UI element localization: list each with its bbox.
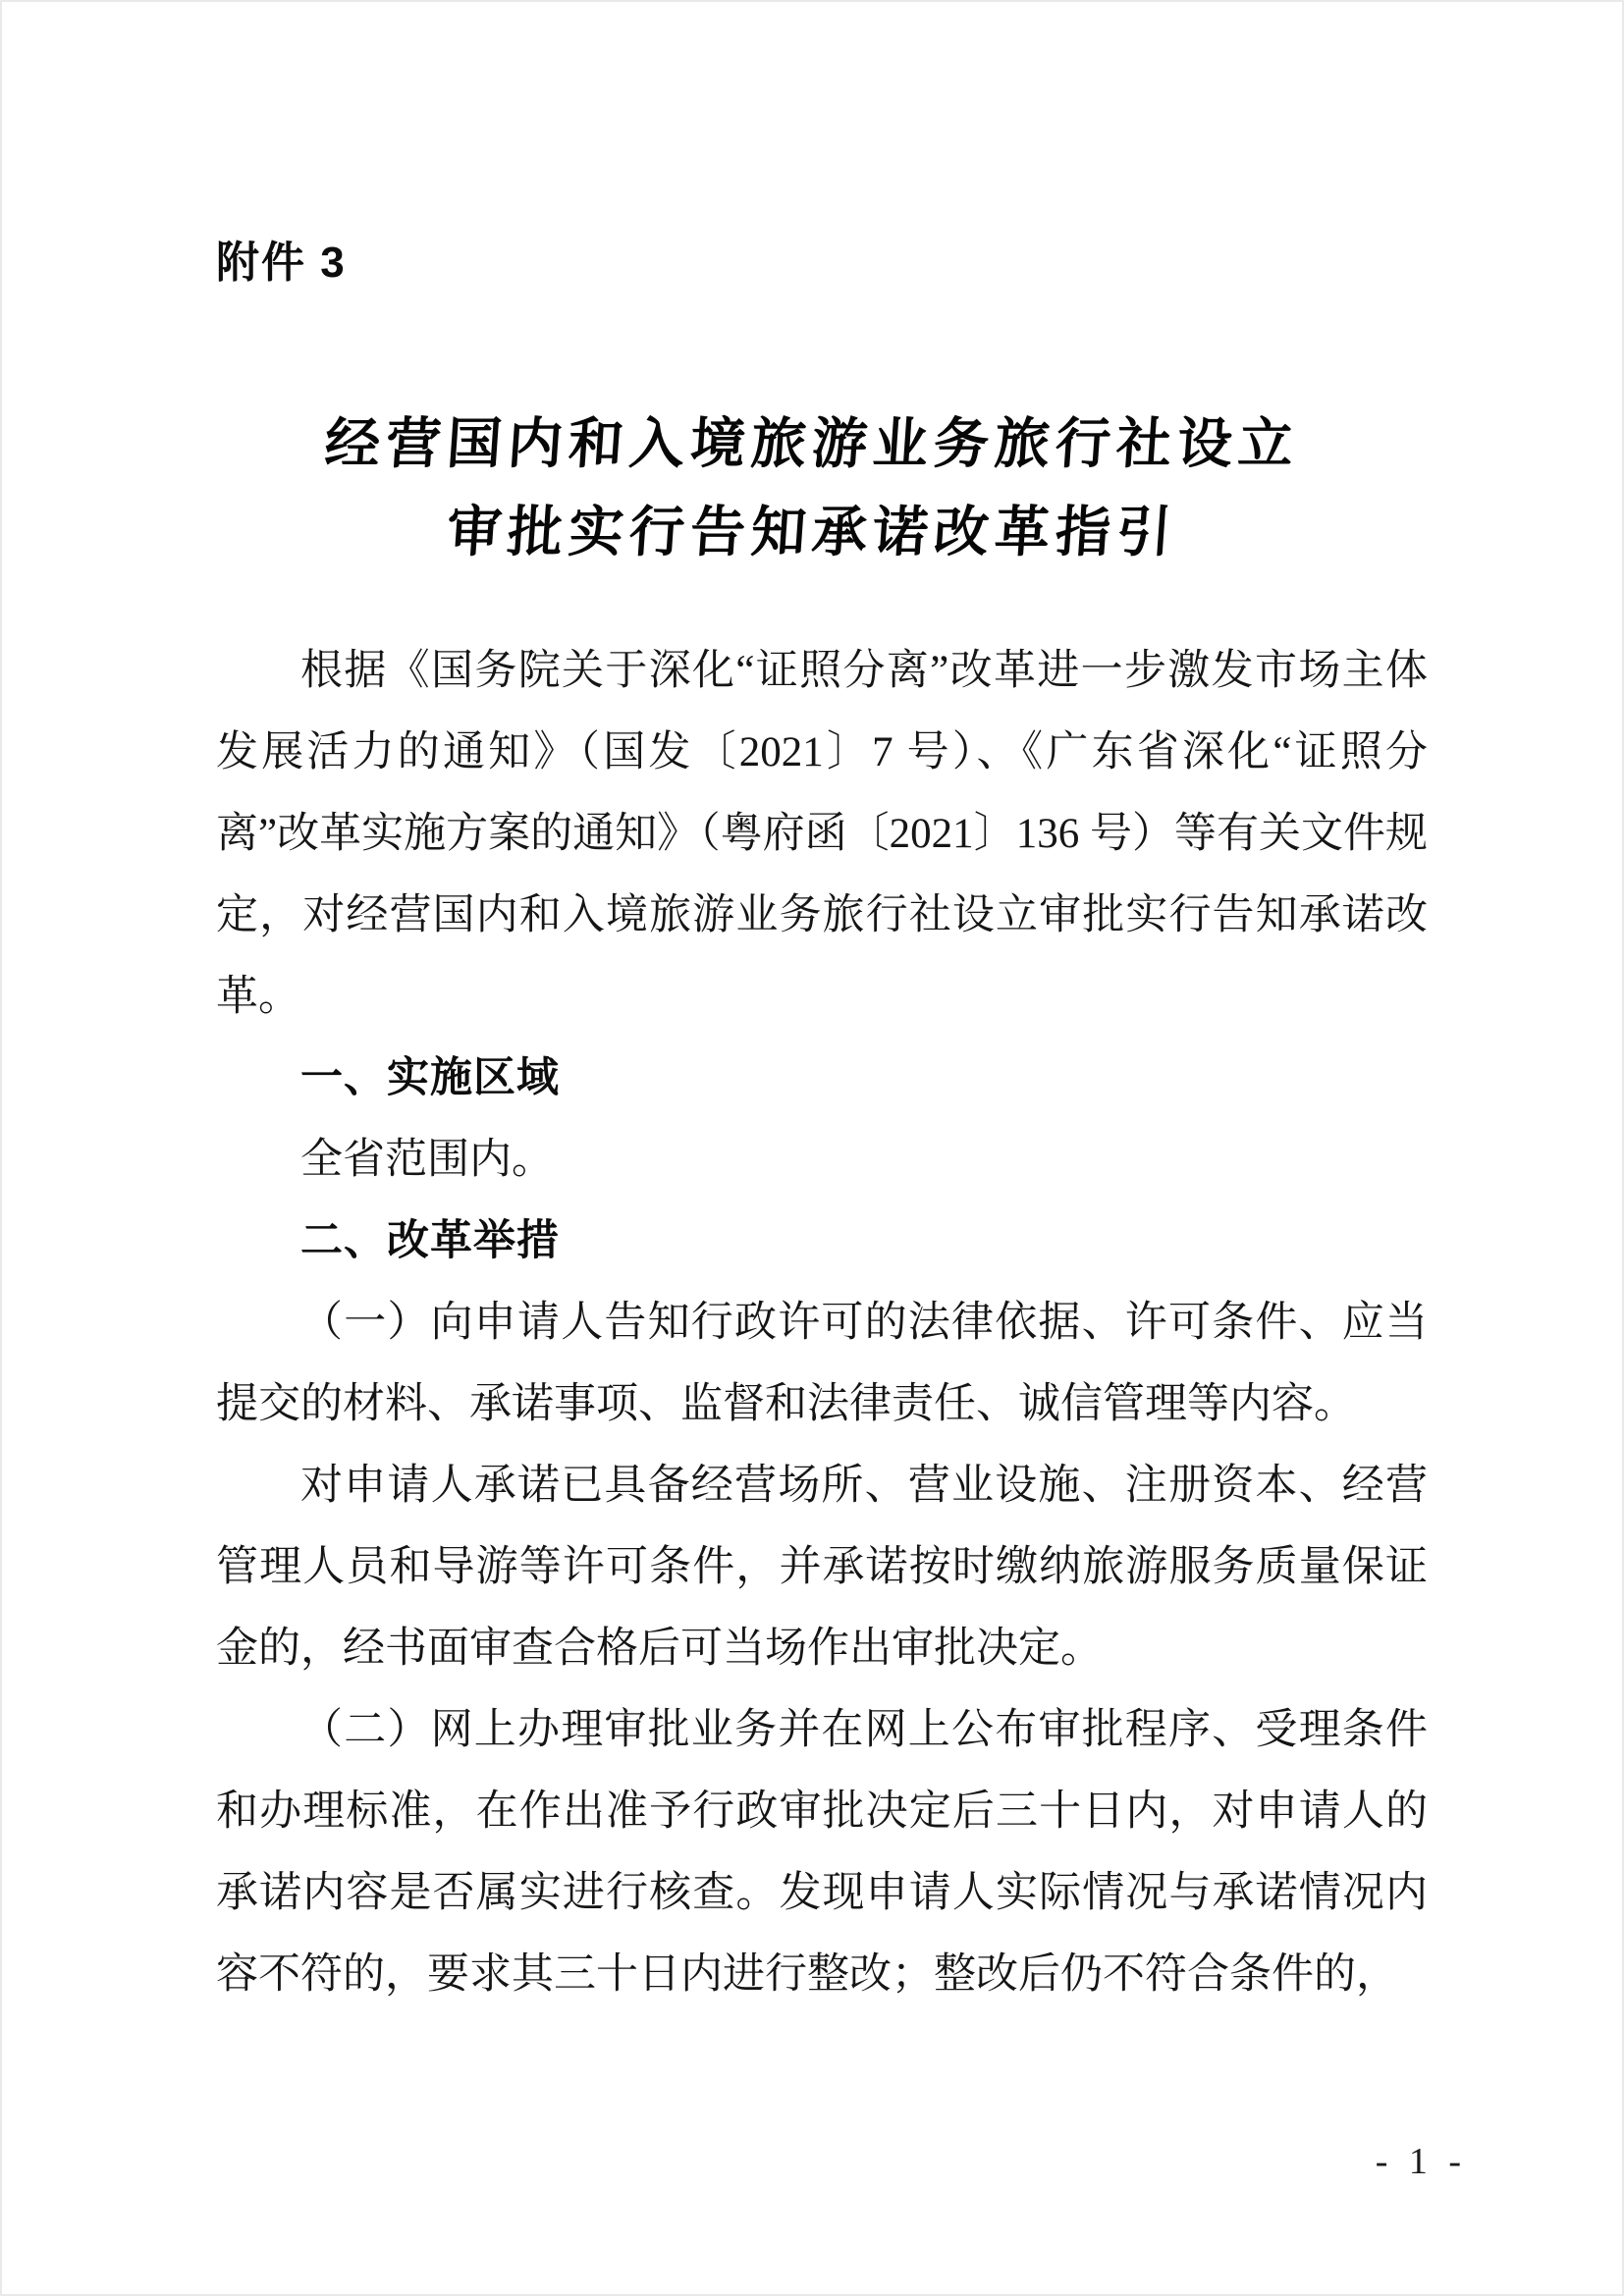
document-title-line2: 审批实行告知承诺改革指引 xyxy=(0,489,1624,577)
paragraph-measure-two: （二）网上办理审批业务并在网上公布审批程序、受理条件和办理标准，在作出准予行政审… xyxy=(216,1689,1428,2015)
attachment-label: 附件 3 xyxy=(216,238,347,289)
document-body: 根据《国务院关于深化“证照分离”改革进一步激发市场主体发展活力的通知》（国发〔2… xyxy=(216,630,1428,2015)
document-title-line1: 经营国内和入境旅游业务旅行社设立 xyxy=(0,400,1624,489)
section-heading-reform-measures: 二、改革举措 xyxy=(216,1201,1428,1282)
document-page: 附件 3 经营国内和入境旅游业务旅行社设立 审批实行告知承诺改革指引 根据《国务… xyxy=(0,0,1624,2296)
paragraph-measure-one: （一）向申请人告知行政许可的法律依据、许可条件、应当提交的材料、承诺事项、监督和… xyxy=(216,1282,1428,1445)
section-heading-implementation-area: 一、实施区域 xyxy=(216,1038,1428,1119)
page-number: - 1 - xyxy=(1376,2138,1467,2185)
paragraph-measure-one-commitments: 对申请人承诺已具备经营场所、营业设施、注册资本、经营管理人员和导游等许可条件，并… xyxy=(216,1445,1428,1689)
paragraph-legal-basis: 根据《国务院关于深化“证照分离”改革进一步激发市场主体发展活力的通知》（国发〔2… xyxy=(216,630,1428,1038)
document-title: 经营国内和入境旅游业务旅行社设立 审批实行告知承诺改革指引 xyxy=(0,400,1624,577)
paragraph-implementation-area: 全省范围内。 xyxy=(216,1119,1428,1201)
